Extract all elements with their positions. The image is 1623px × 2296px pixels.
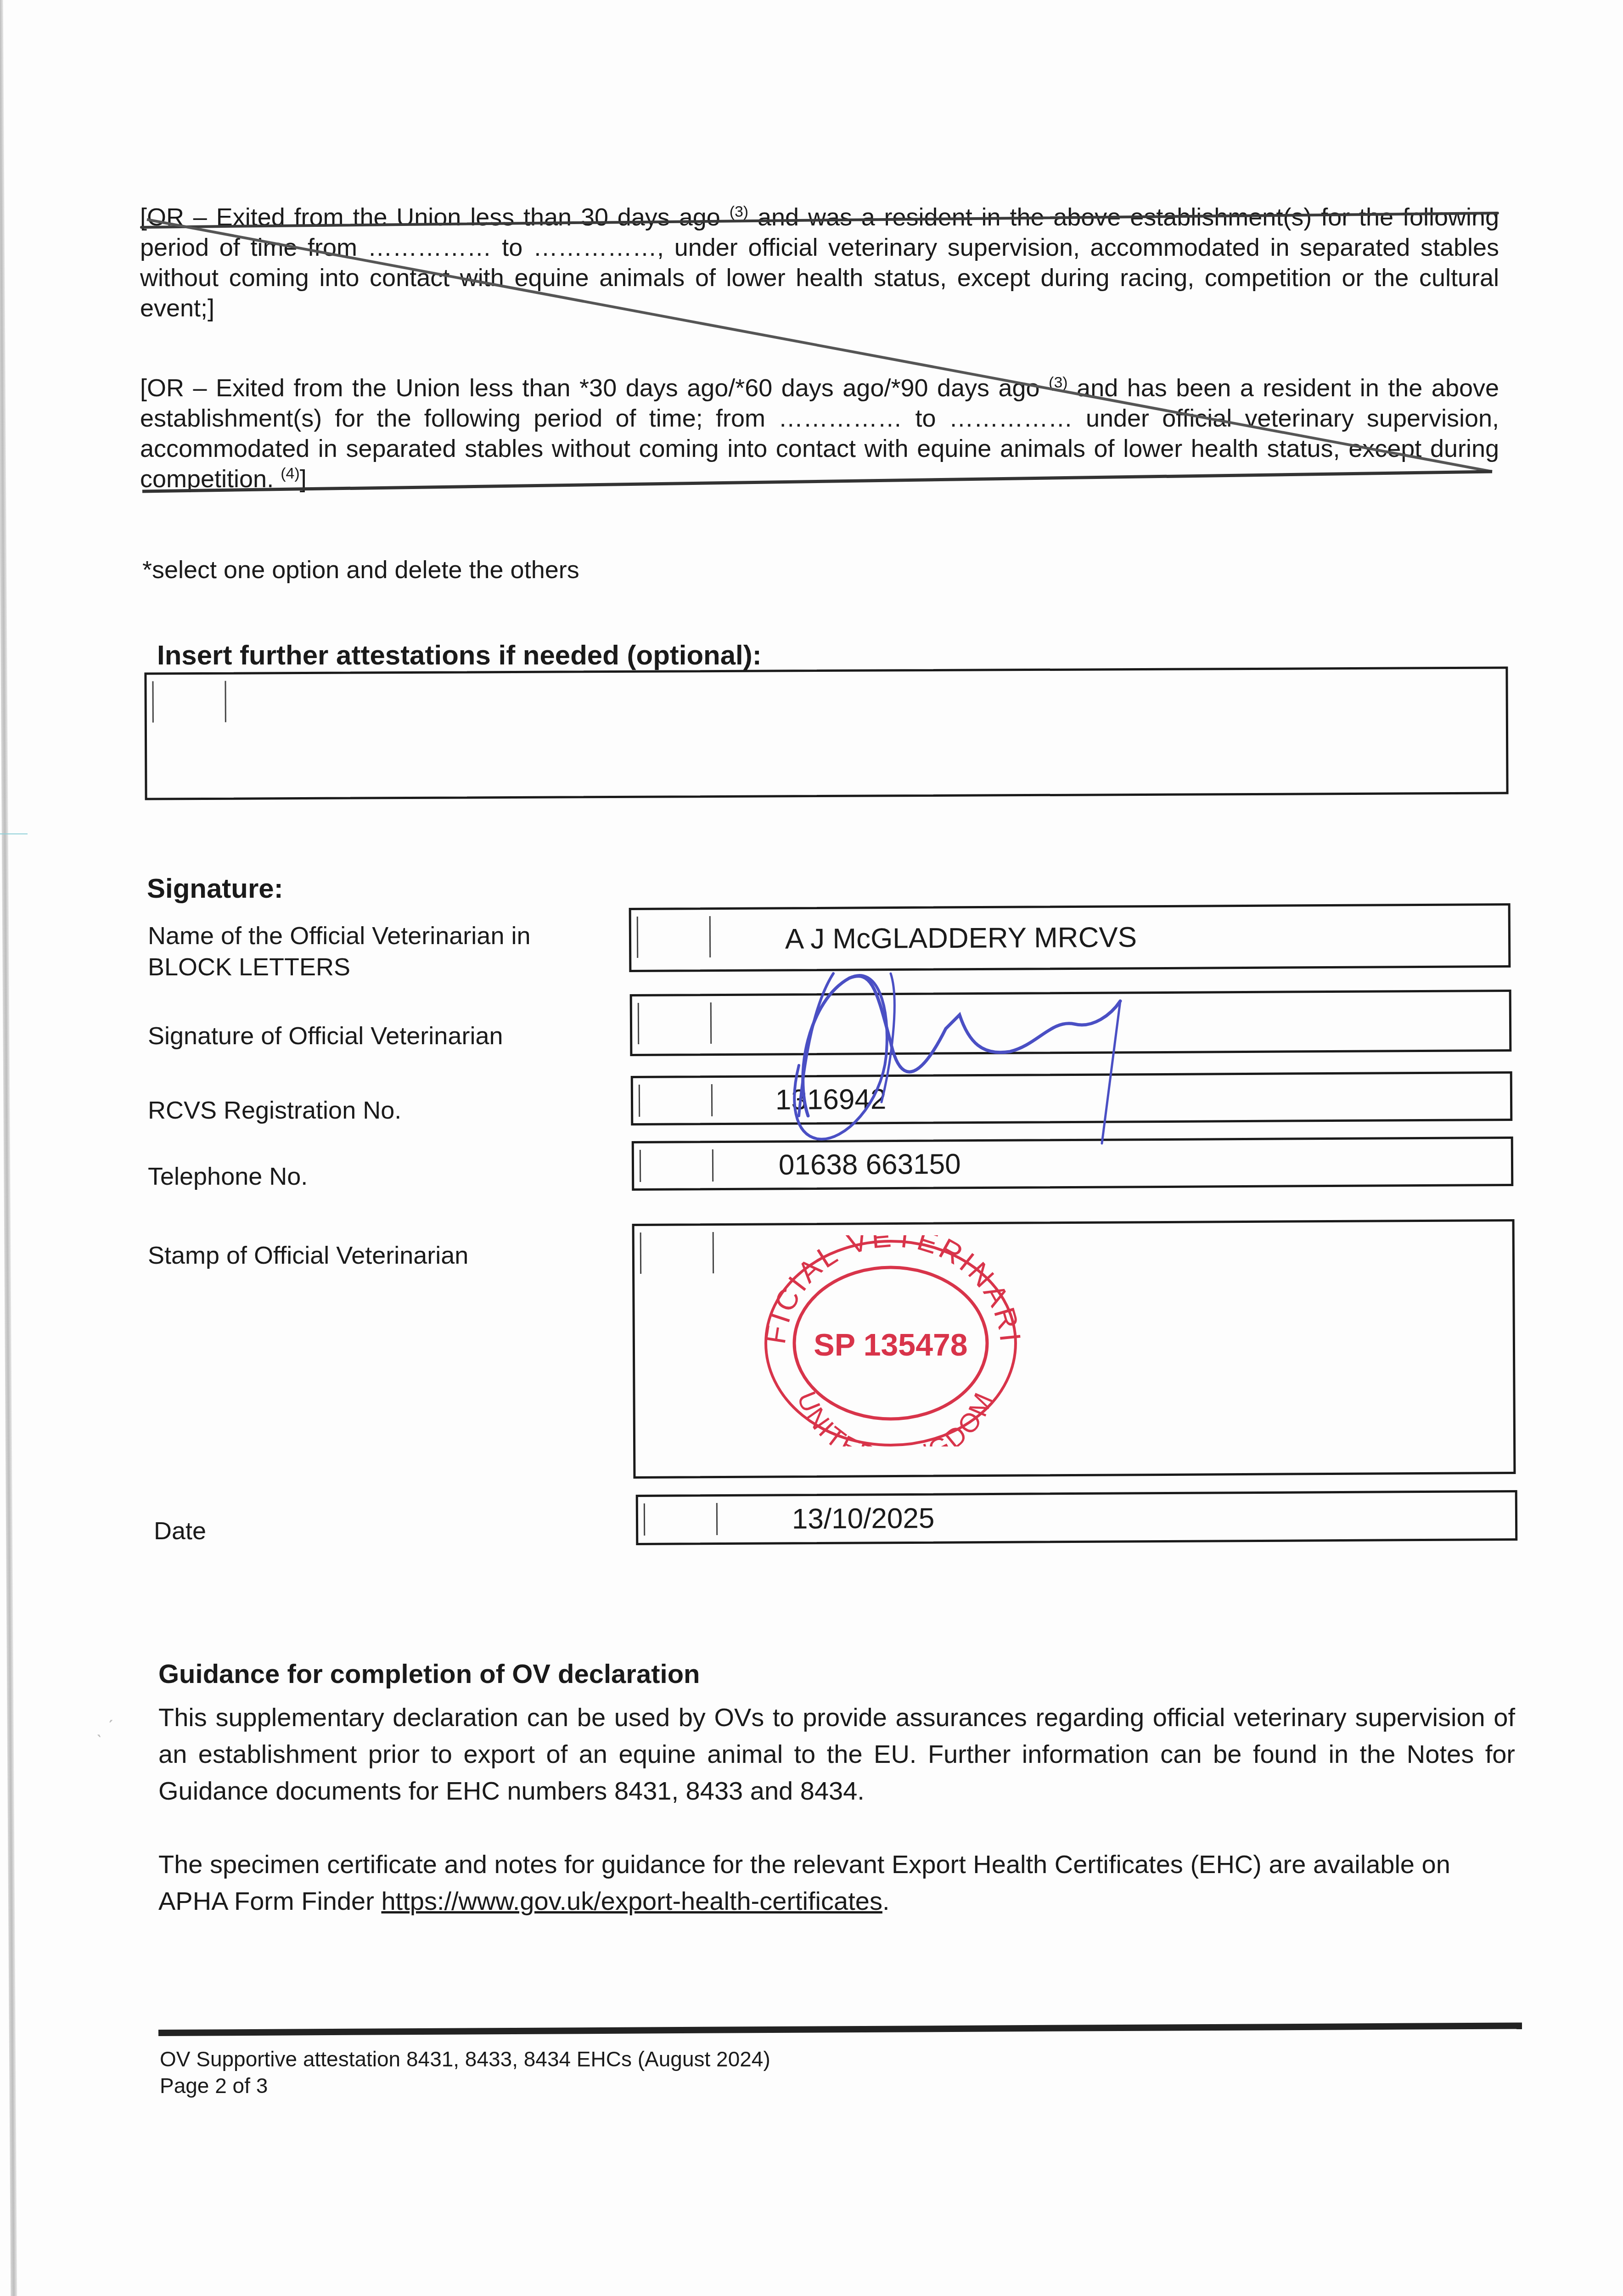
guidance-paragraph-1: This supplementary declaration can be us… [158,1699,1515,1809]
scan-artifact [0,833,28,834]
telephone-value: 01638 663150 [779,1148,961,1182]
label-stamp: Stamp of Official Veterinarian [148,1240,468,1271]
footer-rule [158,2022,1522,2036]
field-marker [639,1085,640,1117]
footnote-ref: (3) [1049,374,1068,391]
footnote-ref: (3) [730,203,749,220]
date-field[interactable]: 13/10/2025 [636,1490,1518,1545]
field-marker [152,681,153,722]
handwritten-signature [753,964,1203,1143]
signature-heading: Signature: [147,872,283,904]
field-marker [716,1503,718,1535]
option-text: [OR – Exited from the Union less than *3… [140,374,1049,402]
scan-speck: ˎ ˊ [96,1717,114,1738]
ov-name-field[interactable]: A J McGLADDERY MRCVS [629,903,1511,972]
label-ov-name: Name of the Official Veterinarian in BLO… [148,920,584,983]
date-value: 13/10/2025 [792,1502,935,1536]
further-attestations-field[interactable] [144,667,1508,800]
label-date: Date [154,1515,206,1547]
guidance-paragraph-2: The specimen certificate and notes for g… [158,1846,1517,1919]
export-health-certificates-link[interactable]: https://www.gov.uk/export-health-certifi… [381,1886,882,1915]
stamp-center-number: SP 135478 [814,1328,967,1362]
guidance-period: . [882,1886,890,1915]
field-marker [638,1003,639,1044]
scan-page-edge [0,0,17,2296]
field-marker [640,1150,641,1182]
footer-document-title: OV Supportive attestation 8431, 8433, 84… [160,2046,770,2072]
option-30-60-90-days-paragraph: [OR – Exited from the Union less than *3… [140,373,1499,494]
select-option-note: *select one option and delete the others [142,555,579,585]
guidance-heading: Guidance for completion of OV declaratio… [158,1659,700,1689]
label-telephone: Telephone No. [148,1161,308,1192]
field-marker [710,1002,712,1044]
field-marker [637,917,638,958]
field-marker [640,1232,641,1274]
official-veterinarian-stamp: OFFICIAL VETERINARIAN UNITED KINGDOM SP … [758,1235,1024,1446]
label-signature: Signature of Official Veterinarian [148,1020,503,1052]
telephone-field[interactable]: 01638 663150 [632,1137,1514,1191]
field-marker [709,916,711,957]
field-marker [713,1232,714,1273]
footer-page-number: Page 2 of 3 [160,2072,770,2099]
page-footer: OV Supportive attestation 8431, 8433, 84… [160,2046,770,2099]
field-marker [644,1503,645,1536]
closing-bracket: ] [300,465,307,493]
footnote-ref: (4) [281,465,300,482]
label-rcvs-number: RCVS Registration No. [148,1095,401,1126]
field-marker [711,1084,713,1116]
ov-name-value: A J McGLADDERY MRCVS [785,921,1137,956]
field-marker [712,1149,713,1182]
further-attestations-heading: Insert further attestations if needed (o… [157,639,762,671]
field-marker [225,681,226,722]
